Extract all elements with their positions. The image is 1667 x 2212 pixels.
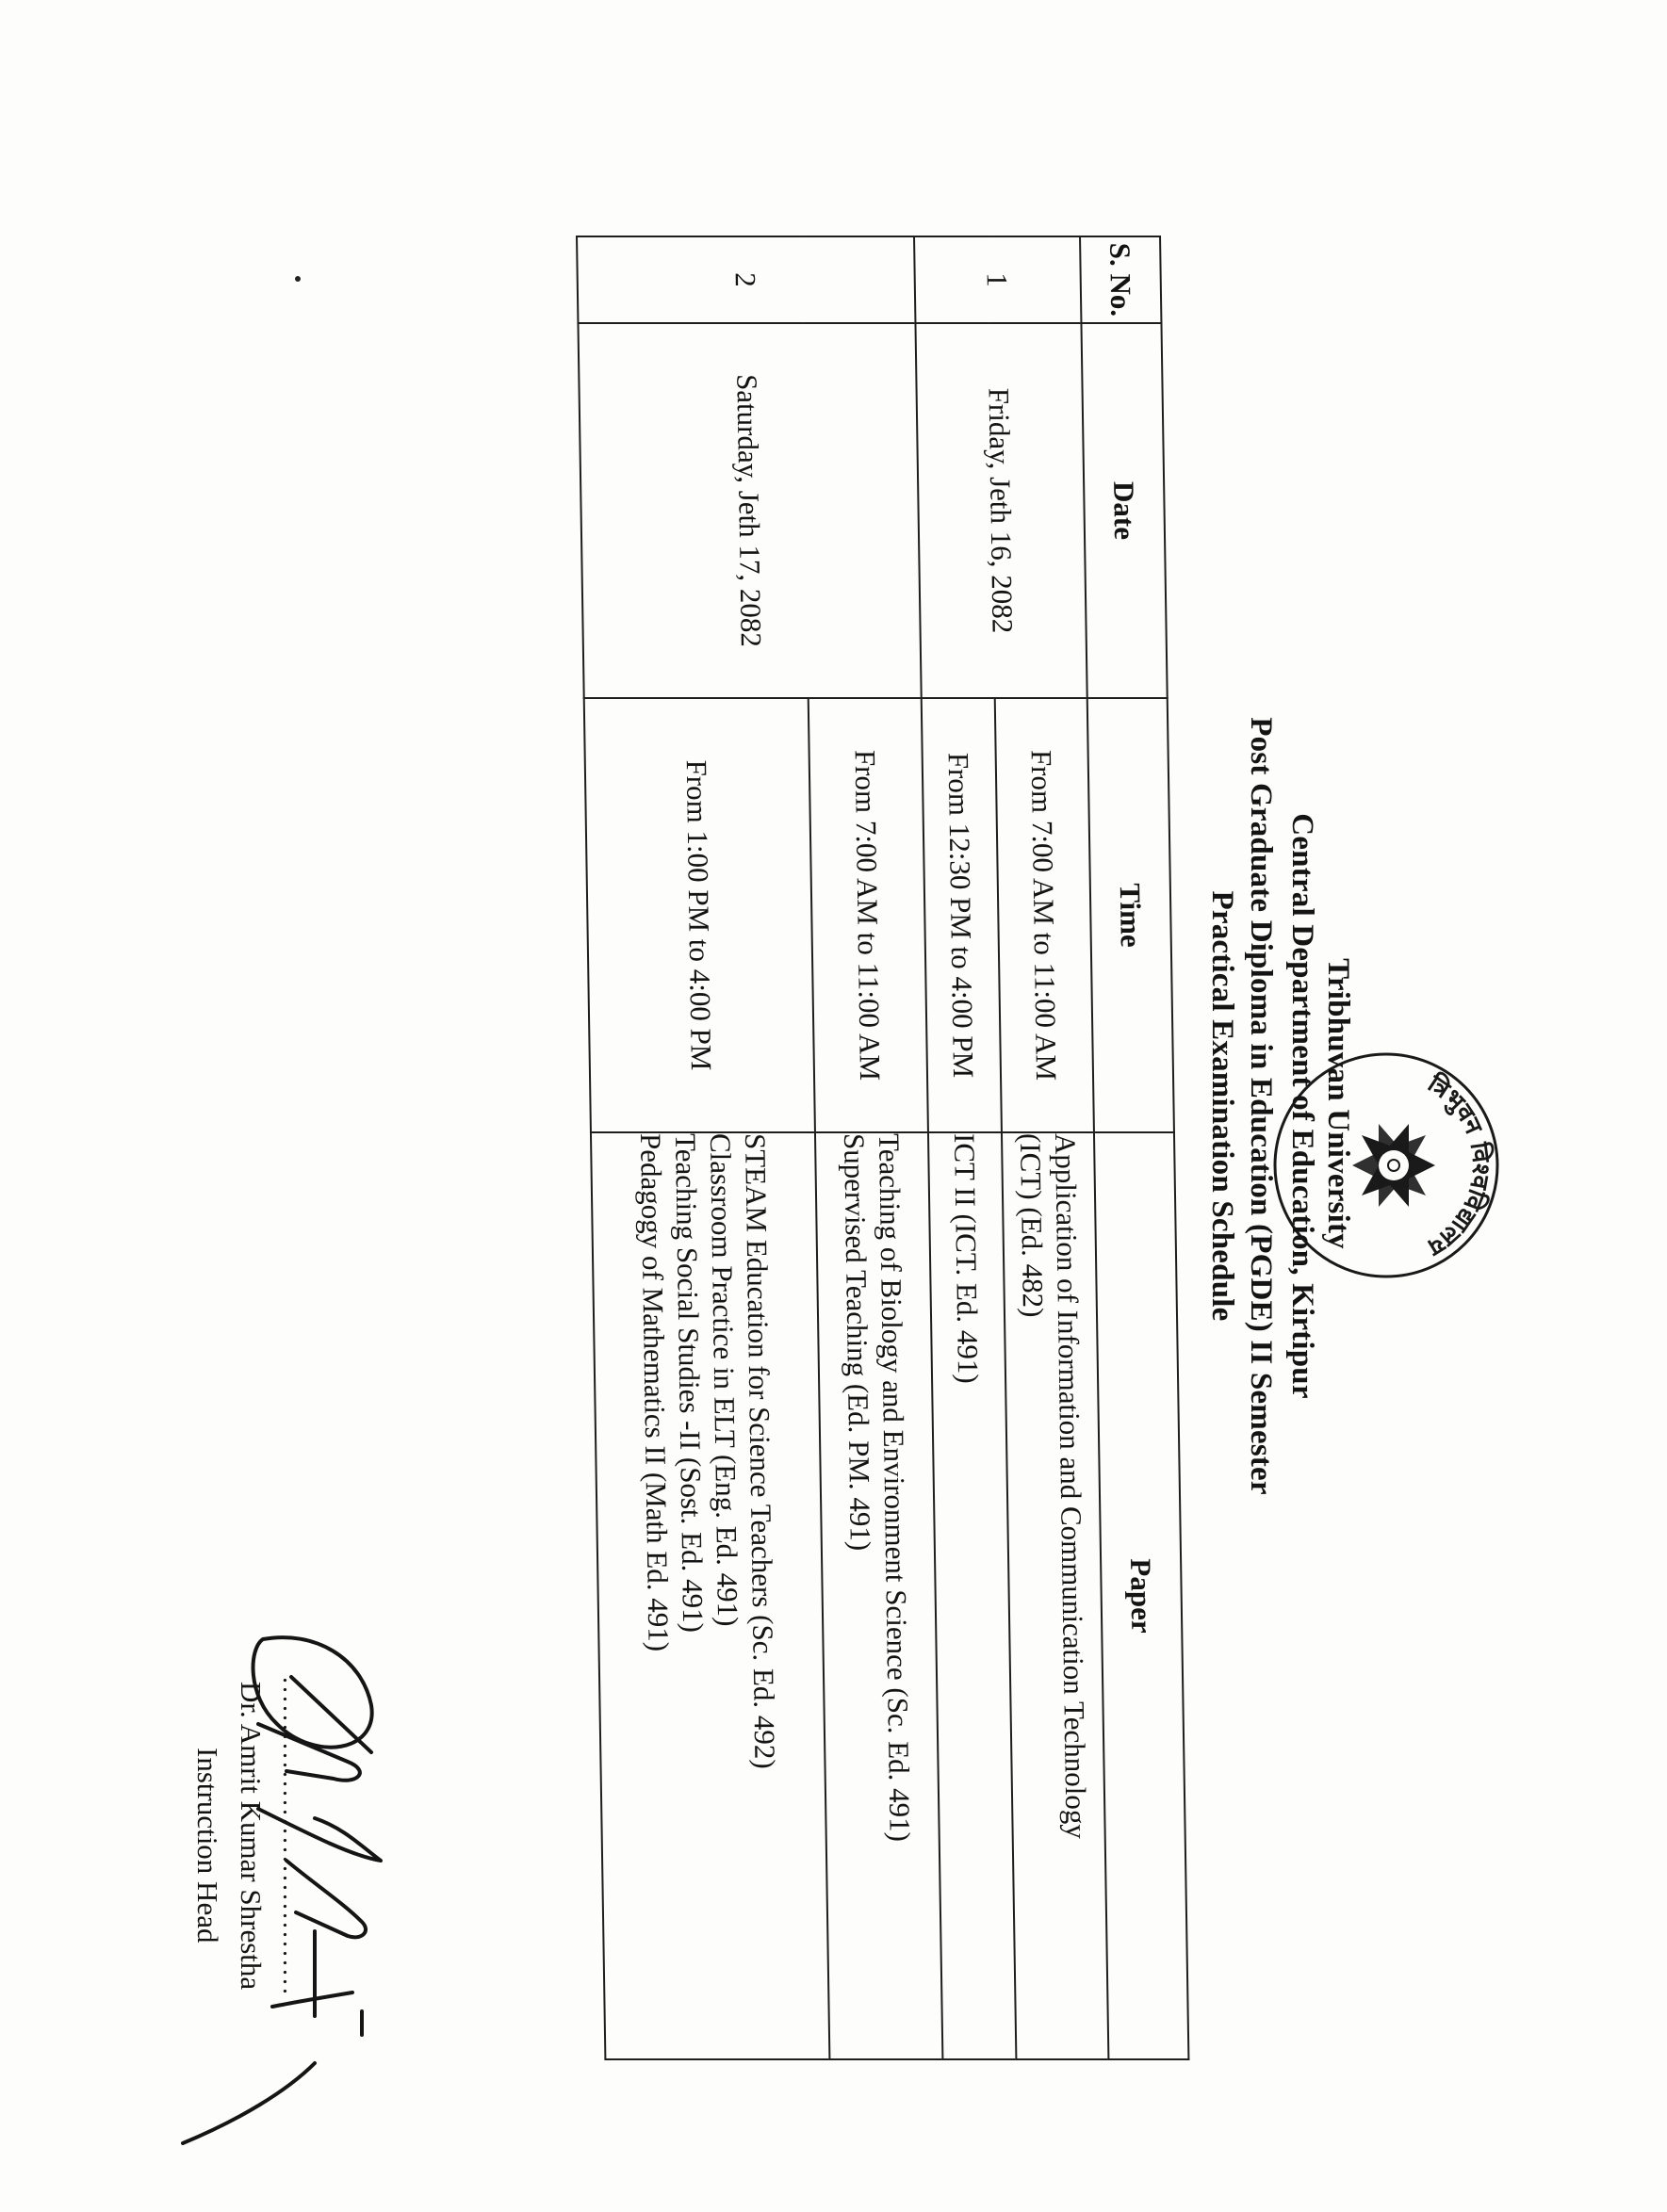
signatory-title: Instruction Head: [190, 1748, 224, 1943]
program-name: Post Graduate Diploma in Education (PGDE…: [1243, 0, 1279, 2212]
paper-cell: Application of Information and Communica…: [1002, 1132, 1108, 2059]
serial-number-cell: 1: [914, 236, 1081, 323]
column-header-paper: Paper: [1094, 1132, 1188, 2059]
handwritten-signature-icon: [107, 1620, 597, 2148]
signature-dotted-line: ..................................: [277, 1677, 305, 2016]
column-header-sno: S. No.: [1080, 236, 1161, 323]
university-name: Tribhuvan University: [1320, 0, 1356, 2212]
department-name: Central Department of Education, Kirtipu…: [1284, 0, 1320, 2212]
scan-speck: [295, 276, 301, 282]
time-cell: From 7:00 AM to 11:00 AM: [995, 698, 1094, 1132]
document-page: त्रिभुवन विश्वविद्यालय Tribhuvan Univers…: [0, 0, 1667, 2212]
time-cell: From 7:00 AM to 11:00 AM: [809, 698, 928, 1132]
time-cell: From 12:30 PM to 4:00 PM: [922, 698, 1002, 1132]
paper-cell: Teaching of Biology and Environment Scie…: [815, 1132, 942, 2059]
column-header-date: Date: [1081, 323, 1167, 698]
column-header-time: Time: [1087, 698, 1174, 1132]
paper-cell: ICT II (ICT. Ed. 491): [928, 1132, 1016, 2059]
document-title: Practical Examination Schedule: [1204, 0, 1240, 2212]
serial-number-cell: 2: [577, 236, 915, 323]
time-cell: From 1:00 PM to 4:00 PM: [584, 698, 815, 1132]
paper-cell: STEAM Education for Science Teachers (Sc…: [591, 1132, 829, 2059]
exam-schedule-table: S. No. Date Time Paper 1 Friday, Jeth 16…: [576, 236, 1189, 2060]
date-cell: Saturday, Jeth 17, 2082: [578, 323, 921, 698]
paper-name: ICT II (ICT. Ed. 491): [947, 1133, 996, 2058]
signatory-name: Dr. Amrit Kumar Shrestha: [234, 1682, 268, 1990]
date-cell: Friday, Jeth 16, 2082: [915, 323, 1087, 698]
